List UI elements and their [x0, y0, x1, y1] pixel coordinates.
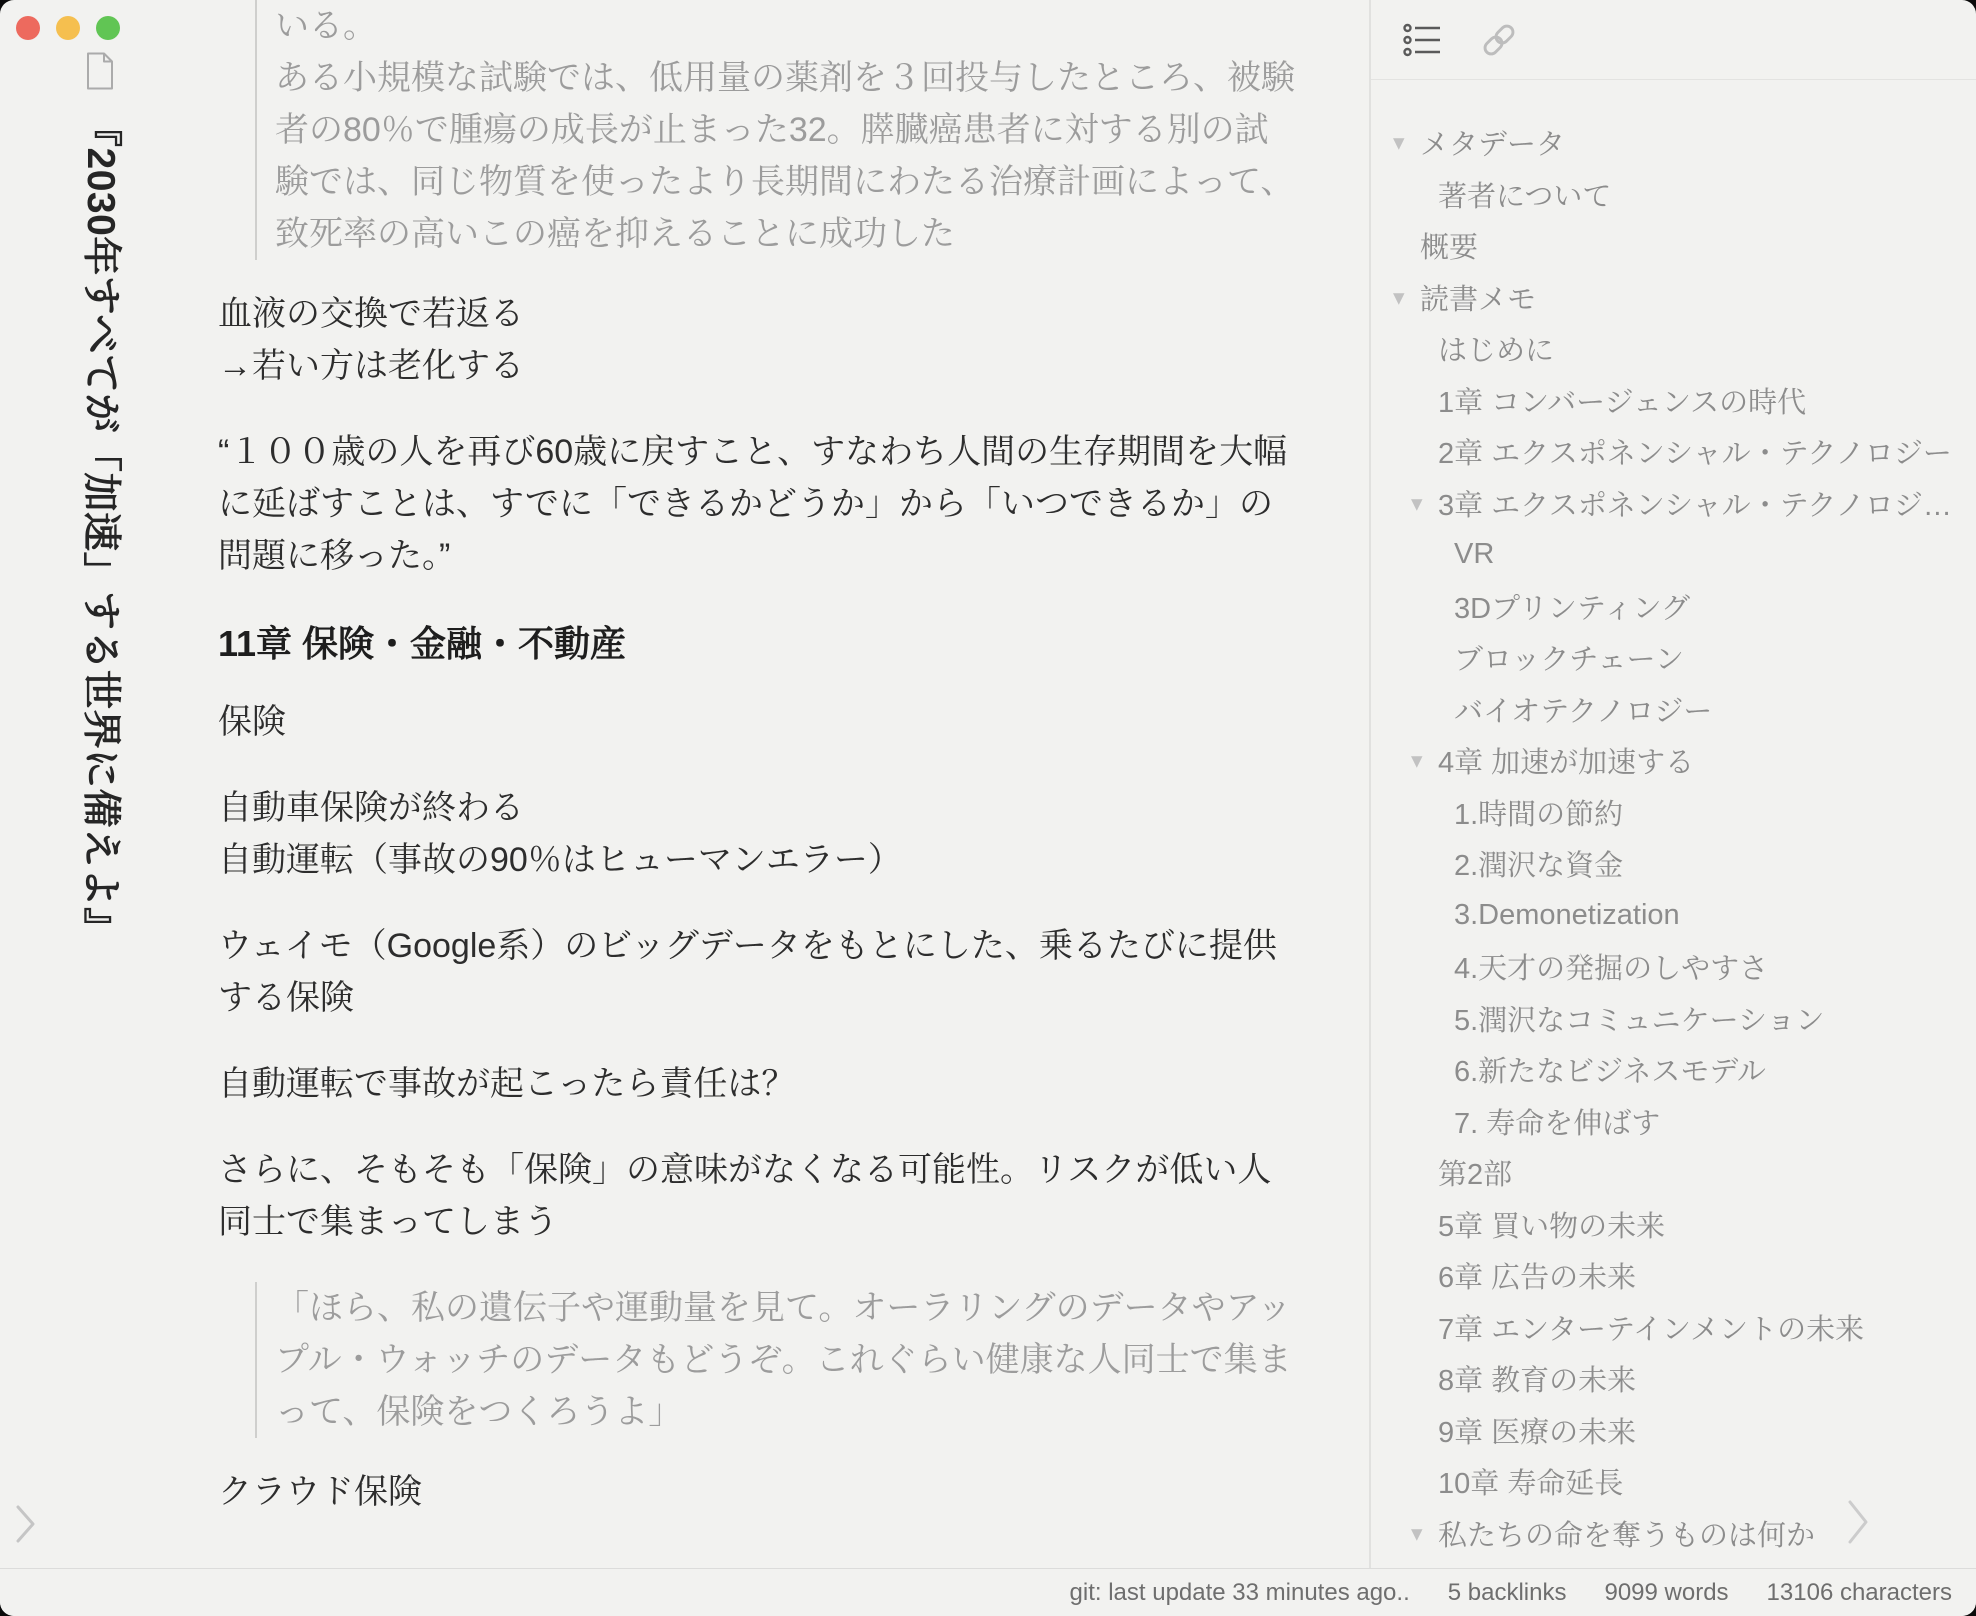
status-item: 13106 characters — [1767, 1579, 1952, 1607]
outline-item[interactable]: ▾3章 エクスポネンシャル・テクノロジ… — [1371, 478, 1976, 530]
outline-item-label: 5章 買い物の未来 — [1438, 1204, 1665, 1245]
outline-tree: ▾メタデータ著者について概要▾読書メモはじめに1章 コンバージェンスの時代2章 … — [1371, 117, 1976, 1568]
tab-outline[interactable] — [1401, 18, 1445, 62]
outline-item-label: 5.潤沢なコミュニケーション — [1454, 998, 1824, 1039]
right-sidebar: ▾メタデータ著者について概要▾読書メモはじめに1章 コンバージェンスの時代2章 … — [1371, 0, 1976, 1568]
chevron-right-icon — [1846, 1498, 1870, 1546]
outline-item[interactable]: 7. 寿命を伸ばす — [1371, 1096, 1976, 1148]
outline-item[interactable]: 6.新たなビジネスモデル — [1371, 1044, 1976, 1096]
outline-item-label: 私たちの命を奪うものは何か — [1438, 1513, 1815, 1554]
outline-item[interactable]: ▾私たちの命を奪うものは何か — [1371, 1508, 1976, 1560]
editor-paragraph: ウェイモ（Google系）のビッグデータをもとにした、乗るたびに提供する保険 — [218, 920, 1296, 1024]
outline-item-label: 1章 コンバージェンスの時代 — [1438, 380, 1806, 421]
editor-blockquote: いる。 ある小規模な試験では、低用量の薬剤を３回投与したところ、被験者の80％で… — [255, 0, 1296, 260]
chevron-right-icon — [14, 1504, 38, 1544]
minimize-window-button[interactable] — [56, 16, 80, 40]
outline-panel[interactable]: ▾メタデータ著者について概要▾読書メモはじめに1章 コンバージェンスの時代2章 … — [1371, 81, 1976, 1568]
outline-item[interactable]: ブロックチェーン — [1371, 632, 1976, 684]
outline-item-label: 2.潤沢な資金 — [1454, 843, 1623, 884]
outline-item[interactable]: 4.天才の発掘のしやすさ — [1371, 941, 1976, 993]
zoom-window-button[interactable] — [96, 16, 120, 40]
note-title-vertical[interactable]: 『2030年すべてが「加速」する世界に備えよ』 — [79, 108, 121, 946]
status-item: 5 backlinks — [1448, 1579, 1567, 1607]
outline-item[interactable]: 2.潤沢な資金 — [1371, 838, 1976, 890]
outline-item[interactable]: ▾4章 加速が加速する — [1371, 735, 1976, 787]
editor-paragraph: 自動運転で事故が起こったら責任は？ — [218, 1058, 1296, 1110]
outline-item-label: 概要 — [1420, 225, 1478, 266]
status-item: git: last update 33 minutes ago.. — [1070, 1579, 1410, 1607]
outline-item-label: 6.新たなビジネスモデル — [1454, 1049, 1766, 1090]
outline-item-label: メタデータ — [1420, 122, 1565, 163]
outline-item-label: 3Dプリンティング — [1454, 586, 1690, 627]
outline-item-label: 9章 医療の未来 — [1438, 1410, 1636, 1451]
outline-item-label: 4.天才の発掘のしやすさ — [1454, 946, 1768, 987]
outline-item-label: 4章 加速が加速する — [1438, 740, 1694, 781]
outline-item-label: 7. 寿命を伸ばす — [1454, 1101, 1660, 1142]
collapse-triangle-icon[interactable]: ▾ — [1393, 286, 1420, 309]
outline-item-label: 3.Demonetization — [1454, 899, 1680, 932]
outline-item[interactable]: 10章 寿命延長 — [1371, 1456, 1976, 1508]
pane-nav-right-chevron[interactable] — [1846, 1498, 1870, 1551]
editor-paragraph: さらに、そもそも「保険」の意味がなくなる可能性。リスクが低い人同士で集まってしま… — [218, 1144, 1296, 1248]
outline-item-label: 7章 エンターテインメントの未来 — [1438, 1307, 1864, 1348]
editor-paragraph: 保険 — [218, 696, 1296, 748]
outline-item[interactable]: ゲノムの不安定性 — [1371, 1559, 1976, 1568]
outline-item[interactable]: 3.Demonetization — [1371, 890, 1976, 942]
outline-item[interactable]: 7章 エンターテインメントの未来 — [1371, 1302, 1976, 1354]
outline-item-label: VR — [1454, 538, 1494, 571]
outline-item-label: はじめに — [1438, 328, 1554, 369]
document-icon — [85, 52, 115, 95]
outline-item[interactable]: 2章 エクスポネンシャル・テクノロジー — [1371, 426, 1976, 478]
outline-item-label: 第2部 — [1438, 1152, 1512, 1193]
outline-list-icon — [1403, 23, 1443, 57]
window-controls — [16, 16, 120, 40]
editor-heading: 11章 保険・金融・不動産 — [218, 616, 1296, 672]
collapse-triangle-icon[interactable]: ▾ — [1411, 749, 1438, 772]
outline-item[interactable]: 6章 広告の未来 — [1371, 1250, 1976, 1302]
status-bar: git: last update 33 minutes ago..5 backl… — [0, 1568, 1976, 1616]
outline-item[interactable]: 1.時間の節約 — [1371, 787, 1976, 839]
outline-item[interactable]: 著者について — [1371, 169, 1976, 221]
editor-paragraph: 血液の交換で若返る →若い方は老化する — [218, 288, 1296, 392]
editor-paragraph: クラウド保険 — [218, 1466, 1296, 1518]
editor-paragraph: 自動車保険が終わる 自動運転（事故の90％はヒューマンエラー） — [218, 782, 1296, 886]
editor-content: いる。 ある小規模な試験では、低用量の薬剤を３回投与したところ、被験者の80％で… — [218, 0, 1296, 1518]
outline-item[interactable]: 8章 教育の未来 — [1371, 1353, 1976, 1405]
outline-item[interactable]: 1章 コンバージェンスの時代 — [1371, 375, 1976, 427]
outline-item-label: バイオテクノロジー — [1454, 689, 1712, 730]
outline-item[interactable]: 5章 買い物の未来 — [1371, 1199, 1976, 1251]
outline-item[interactable]: 9章 医療の未来 — [1371, 1405, 1976, 1457]
outline-item[interactable]: ▾メタデータ — [1371, 117, 1976, 169]
outline-item[interactable]: 5.潤沢なコミュニケーション — [1371, 993, 1976, 1045]
pane-nav-left-chevron[interactable] — [14, 1504, 38, 1549]
outline-item[interactable]: 3Dプリンティング — [1371, 581, 1976, 633]
collapse-triangle-icon[interactable]: ▾ — [1411, 492, 1438, 515]
outline-item-label: 8章 教育の未来 — [1438, 1358, 1636, 1399]
outline-item[interactable]: 概要 — [1371, 220, 1976, 272]
outline-item[interactable]: はじめに — [1371, 323, 1976, 375]
outline-item-label: 6章 広告の未来 — [1438, 1255, 1636, 1296]
outline-item[interactable]: VR — [1371, 529, 1976, 581]
tab-backlinks[interactable] — [1477, 18, 1521, 62]
status-items: git: last update 33 minutes ago..5 backl… — [1032, 1579, 1952, 1607]
outline-item[interactable]: バイオテクノロジー — [1371, 684, 1976, 736]
editor-blockquote: 「ほら、私の遺伝子や運動量を見て。オーラリングのデータやアップル・ウォッチのデー… — [255, 1282, 1296, 1438]
outline-item[interactable]: 第2部 — [1371, 1147, 1976, 1199]
status-item: 9099 words — [1604, 1579, 1728, 1607]
outline-item-label: ブロックチェーン — [1454, 637, 1684, 678]
outline-item-label: 読書メモ — [1420, 277, 1536, 318]
backlink-chain-icon — [1479, 20, 1519, 60]
outline-item-label: 10章 寿命延長 — [1438, 1461, 1623, 1502]
app-window: 『2030年すべてが「加速」する世界に備えよ』 いる。 ある小規模な試験では、低… — [0, 0, 1976, 1616]
outline-item-label: 2章 エクスポネンシャル・テクノロジー — [1438, 431, 1952, 472]
editor-paragraph: “１００歳の人を再び60歳に戻すこと、すなわち人間の生存期間を大幅に延ばすことは… — [218, 426, 1296, 582]
outline-item[interactable]: ▾読書メモ — [1371, 272, 1976, 324]
close-window-button[interactable] — [16, 16, 40, 40]
collapse-triangle-icon[interactable]: ▾ — [1393, 131, 1420, 154]
outline-item-label: 著者について — [1438, 174, 1611, 215]
outline-item-label: 3章 エクスポネンシャル・テクノロジ… — [1438, 483, 1952, 524]
collapse-triangle-icon[interactable]: ▾ — [1411, 1522, 1438, 1545]
sidebar-header — [1371, 0, 1976, 80]
outline-item-label: 1.時間の節約 — [1454, 792, 1623, 833]
editor-pane[interactable]: いる。 ある小規模な試験では、低用量の薬剤を３回投与したところ、被験者の80％で… — [218, 0, 1296, 1568]
